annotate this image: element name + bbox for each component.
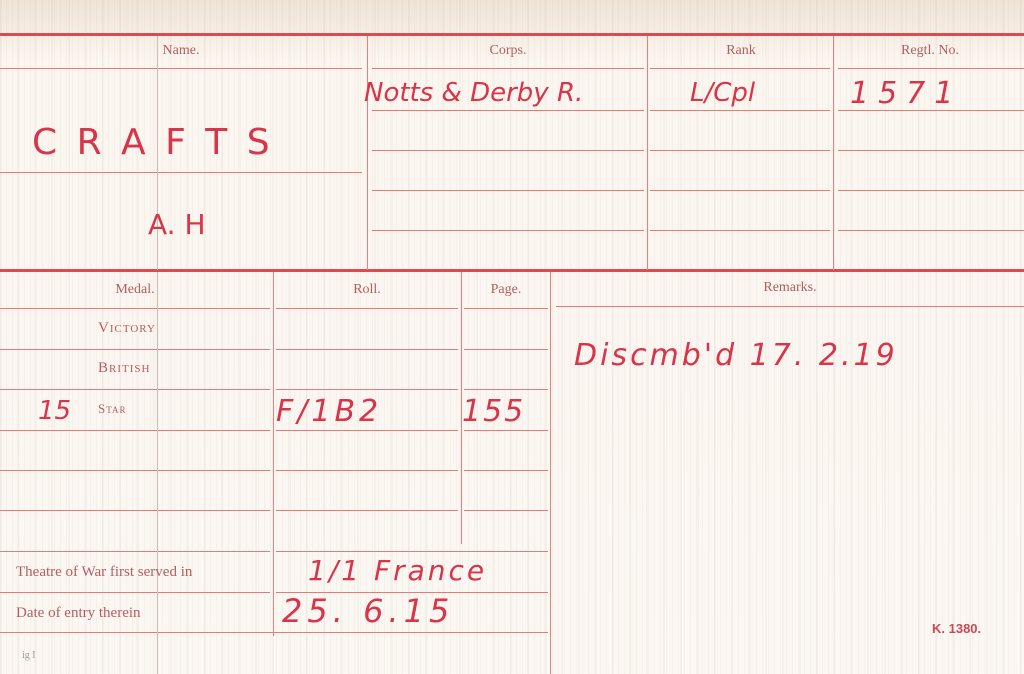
rule [556,306,1024,307]
rule [276,510,458,511]
rule [650,190,830,191]
rule [372,68,644,69]
rule [276,551,548,552]
corps-header: Corps. [370,43,646,59]
rule [838,230,1024,231]
regt-no-value: 1571 [850,76,962,111]
rule [372,190,644,191]
entry-date-label: Date of entry therein [16,605,141,622]
rule [0,470,270,471]
remarks-value: Discmb'd 17. 2.19 [574,338,898,373]
rule [838,68,1024,69]
rule [0,308,270,309]
rank-value: L/Cpl [690,78,755,108]
rule [0,349,270,350]
rule [0,551,270,552]
section-rule [0,269,1024,272]
medal-star: Star [98,401,127,417]
star-prefix: 15 [38,396,71,426]
rule [372,110,644,111]
rule [464,308,548,309]
rule [464,510,548,511]
rank-header: Rank [650,43,832,59]
rule [464,349,548,350]
rule [650,110,830,111]
rule [276,349,458,350]
medal-header: Medal. [0,282,270,298]
rule [650,150,830,151]
rule [838,190,1024,191]
regt-no-header: Regtl. No. [836,43,1024,59]
rule [0,430,270,431]
name-header: Name. [0,43,362,59]
remarks-header: Remarks. [556,280,1024,296]
rule [838,150,1024,151]
corps-value: Notts & Derby R. [364,78,583,108]
theatre-value: 1/1 France [308,554,487,587]
rule [650,68,830,69]
rule [0,510,270,511]
rule [372,150,644,151]
top-rule [0,33,1024,36]
rule [464,430,548,431]
rule [0,68,362,69]
rule [157,272,158,674]
star-page: 155 [462,394,525,429]
entry-date-value: 25. 6.15 [282,592,454,630]
page-header: Page. [464,282,548,298]
rule [372,230,644,231]
medal-victory: Victory [98,320,156,337]
rule [0,592,270,593]
rule [550,272,551,674]
rule [0,389,270,390]
theatre-label: Theatre of War first served in [16,564,192,581]
rule [833,36,834,270]
form-number: K. 1380. [932,621,981,636]
rule [276,389,458,390]
surname: C R A F T S [32,122,274,163]
rule [0,172,362,173]
initials: A. H [148,208,206,241]
rule [0,632,548,633]
rule [276,470,458,471]
roll-header: Roll. [276,282,458,298]
rule [650,230,830,231]
rule [276,430,458,431]
medal-index-card: Name. Corps. Rank Regtl. No. C R A F T S… [0,0,1024,674]
rule [273,272,274,636]
rule [464,389,548,390]
medal-british: British [98,360,150,377]
corner-mark: ig I [22,650,36,661]
rule [464,470,548,471]
star-roll: F/1B2 [276,394,382,429]
rule [276,308,458,309]
rule [367,36,368,270]
rule [647,36,648,270]
